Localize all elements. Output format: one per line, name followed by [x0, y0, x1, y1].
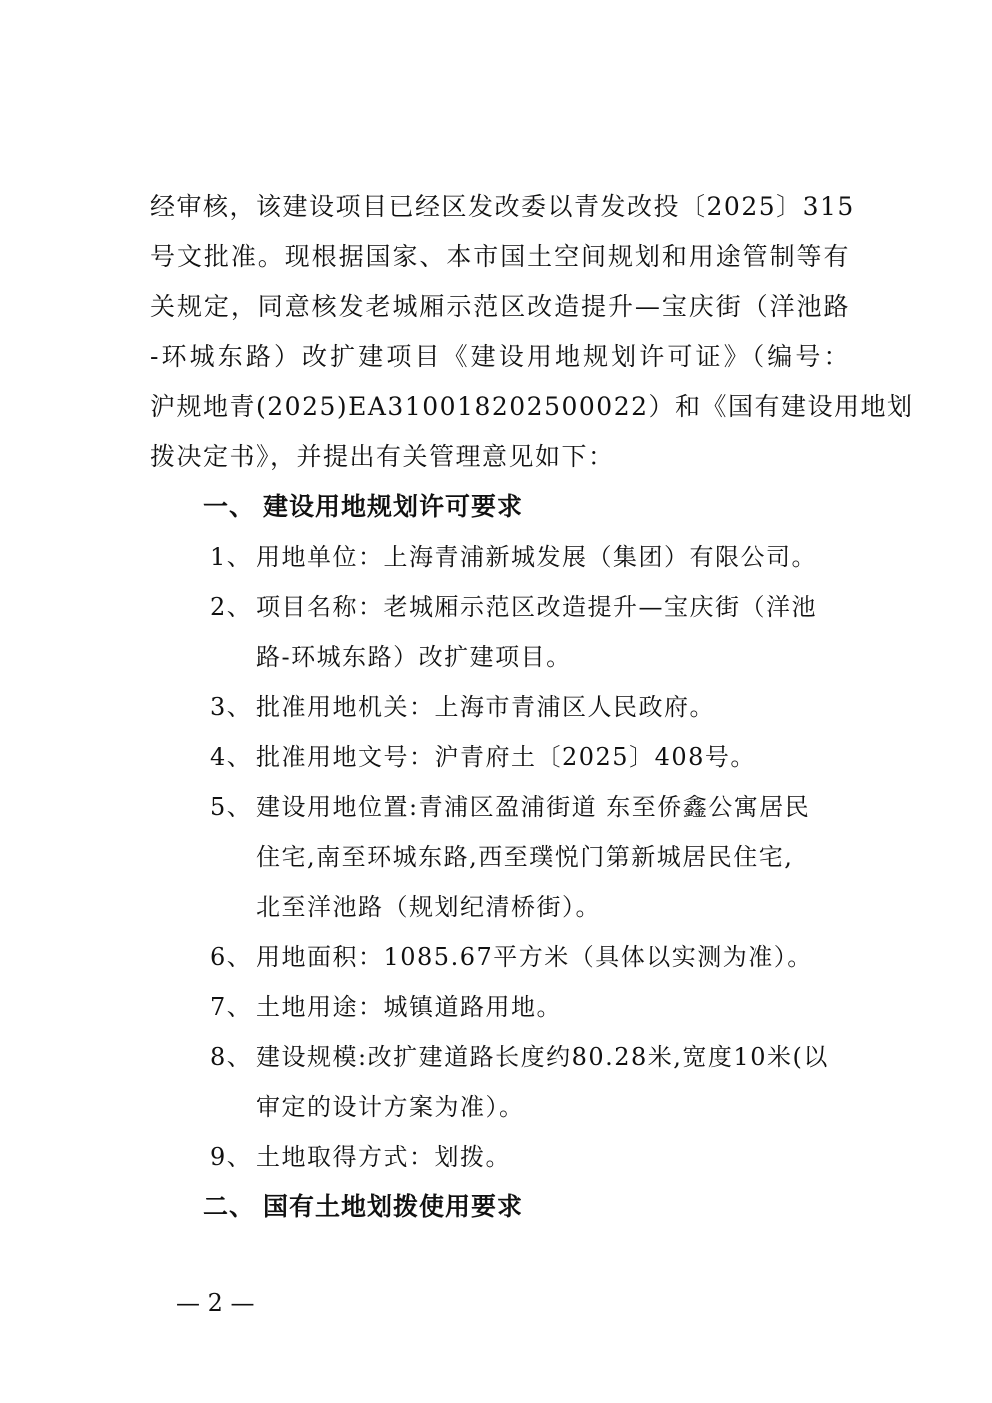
item-number: 2、	[210, 592, 256, 622]
item-text: 批准用地文号：沪青府土〔2025〕408号。	[256, 743, 756, 771]
list-item: 5、建设用地位置:青浦区盈浦街道 东至侨鑫公寓居民	[210, 792, 810, 822]
section-number: 二、	[203, 1192, 263, 1222]
list-item: 4、批准用地文号：沪青府土〔2025〕408号。	[210, 742, 756, 772]
item-continuation: 审定的设计方案为准）。	[256, 1092, 525, 1122]
item-continuation: 路-环城东路）改扩建项目。	[256, 642, 572, 672]
item-number: 5、	[210, 792, 256, 822]
item-number: 8、	[210, 1042, 256, 1072]
list-item: 3、批准用地机关：上海市青浦区人民政府。	[210, 692, 715, 722]
item-number: 3、	[210, 692, 256, 722]
paragraph-line: 拨决定书》，并提出有关管理意见如下：	[150, 442, 850, 472]
section-number: 一、	[203, 492, 263, 522]
section-heading-1: 一、建设用地规划许可要求	[203, 492, 523, 522]
item-text: 土地用途：城镇道路用地。	[256, 993, 562, 1021]
paragraph-line: 关规定，同意核发老城厢示范区改造提升—宝庆街（洋池路	[150, 292, 850, 322]
list-item: 9、土地取得方式：划拨。	[210, 1142, 511, 1172]
paragraph-line: 沪规地青(2025)EA310018202500022）和《国有建设用地划	[150, 392, 850, 422]
item-number: 9、	[210, 1142, 256, 1172]
section-title: 建设用地规划许可要求	[263, 492, 523, 521]
section-title: 国有土地划拨使用要求	[263, 1192, 523, 1221]
item-text: 土地取得方式：划拨。	[256, 1143, 511, 1171]
list-item: 2、项目名称：老城厢示范区改造提升—宝庆街（洋池	[210, 592, 817, 622]
item-text: 用地面积：1085.67平方米（具体以实测为准）。	[256, 943, 813, 971]
item-text: 项目名称：老城厢示范区改造提升—宝庆街（洋池	[256, 593, 817, 621]
item-continuation: 住宅,南至环城东路,西至璞悦门第新城居民住宅,	[256, 842, 793, 872]
page-number: — 2 —	[176, 1288, 255, 1318]
item-number: 4、	[210, 742, 256, 772]
paragraph-line: 号文批准。现根据国家、本市国土空间规划和用途管制等有	[150, 242, 850, 272]
list-item: 8、建设规模:改扩建道路长度约80.28米,宽度10米(以	[210, 1042, 829, 1072]
paragraph-line: -环城东路）改扩建项目《建设用地规划许可证》（编号：	[150, 342, 850, 372]
item-text: 建设用地位置:青浦区盈浦街道 东至侨鑫公寓居民	[256, 793, 810, 821]
paragraph-line: 经审核，该建设项目已经区发改委以青发改投〔2025〕315	[150, 192, 850, 222]
item-number: 7、	[210, 992, 256, 1022]
list-item: 7、土地用途：城镇道路用地。	[210, 992, 562, 1022]
item-text: 用地单位：上海青浦新城发展（集团）有限公司。	[256, 543, 817, 571]
item-text: 建设规模:改扩建道路长度约80.28米,宽度10米(以	[256, 1043, 829, 1071]
list-item: 6、用地面积：1085.67平方米（具体以实测为准）。	[210, 942, 813, 972]
item-continuation: 北至洋池路（规划纪清桥街）。	[256, 892, 601, 922]
item-text: 批准用地机关：上海市青浦区人民政府。	[256, 693, 715, 721]
list-item: 1、用地单位：上海青浦新城发展（集团）有限公司。	[210, 542, 817, 572]
item-number: 1、	[210, 542, 256, 572]
section-heading-2: 二、国有土地划拨使用要求	[203, 1192, 523, 1222]
item-number: 6、	[210, 942, 256, 972]
